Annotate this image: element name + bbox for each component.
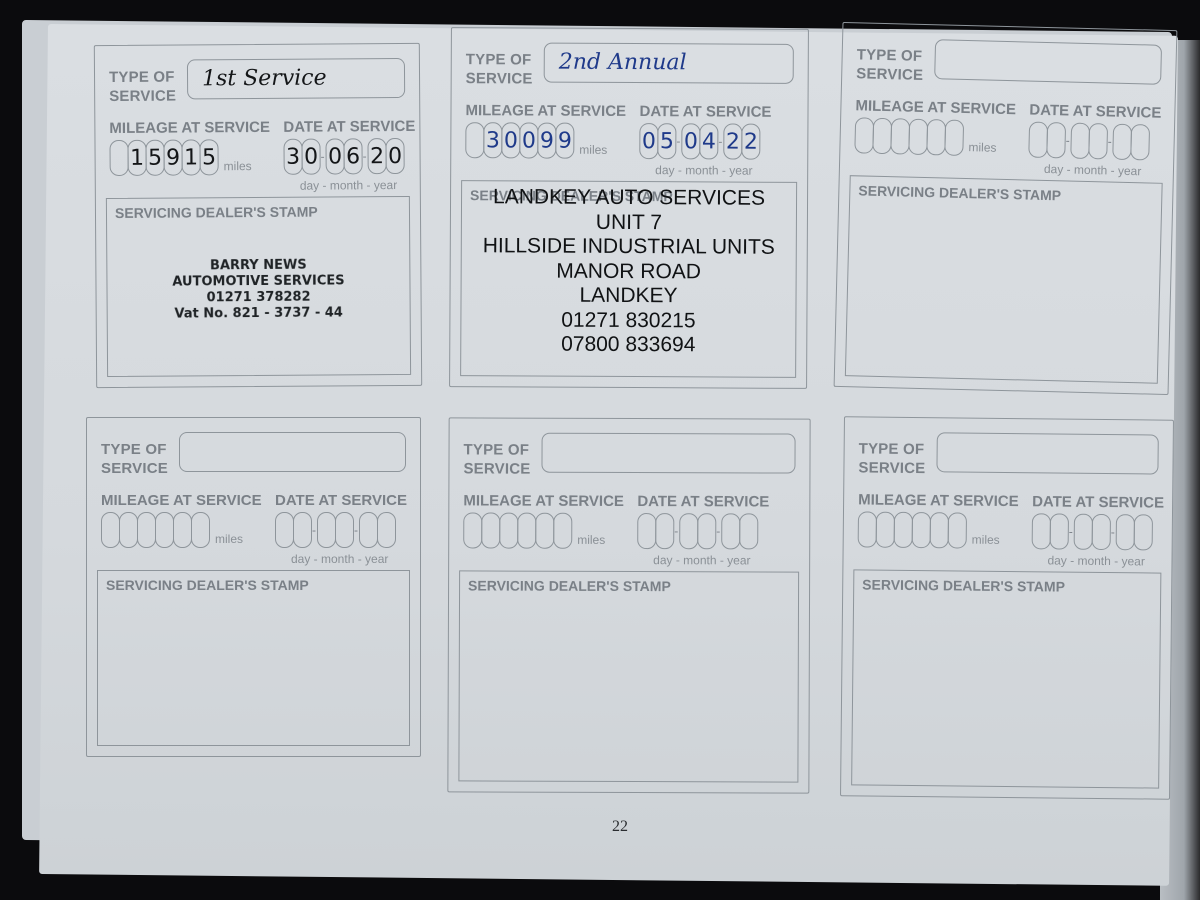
mileage-digit-box[interactable]	[948, 512, 967, 548]
mileage-digit-box[interactable]	[109, 140, 128, 176]
mileage-label: MILEAGE AT SERVICE	[465, 102, 626, 120]
type-of-service-label: TYPE OF SERVICE	[856, 45, 924, 85]
date-digit-box[interactable]	[1130, 124, 1150, 160]
mileage-digit-box[interactable]	[535, 513, 554, 549]
type-of-service-label: TYPE OF SERVICE	[463, 440, 530, 478]
dealer-stamp-label: SERVICING DEALER'S STAMP	[858, 182, 1061, 203]
mileage-digit-box[interactable]	[191, 512, 210, 548]
date-format-hint: day - month - year	[291, 552, 388, 566]
mileage-digit-box[interactable]	[890, 118, 910, 154]
mileage-field[interactable]: miles	[463, 512, 605, 548]
date-digit-box[interactable]	[1074, 514, 1093, 550]
mileage-digit-box[interactable]: 1	[127, 140, 146, 176]
date-label: DATE AT SERVICE	[275, 492, 407, 509]
date-digit-box[interactable]	[1050, 513, 1069, 549]
date-label: DATE AT SERVICE	[283, 118, 415, 136]
mileage-label: MILEAGE AT SERVICE	[858, 491, 1019, 510]
service-record-top-middle: TYPE OF SERVICE2nd AnnualMILEAGE AT SERV…	[449, 27, 809, 389]
mileage-digit-box[interactable]: 0	[501, 122, 520, 158]
date-digit-box[interactable]	[359, 512, 378, 548]
date-field[interactable]: --	[637, 513, 757, 549]
date-digit-box[interactable]	[697, 513, 716, 549]
date-label: DATE AT SERVICE	[1032, 493, 1164, 511]
dealer-stamp-label: SERVICING DEALER'S STAMP	[862, 576, 1065, 594]
date-digit-box[interactable]	[1046, 122, 1066, 158]
type-of-service-label: TYPE OF SERVICE	[858, 439, 925, 478]
mileage-field[interactable]: 15915miles	[109, 139, 251, 176]
date-digit-box[interactable]: 0	[639, 123, 658, 159]
date-digit-box[interactable]: 0	[325, 138, 344, 174]
miles-unit-label: miles	[224, 159, 252, 173]
mileage-digit-box[interactable]: 0	[519, 122, 538, 158]
mileage-field[interactable]: miles	[101, 512, 243, 548]
mileage-digit-box[interactable]	[854, 117, 874, 153]
miles-unit-label: miles	[577, 533, 605, 547]
dealer-stamp-label: SERVICING DEALER'S STAMP	[115, 204, 318, 221]
date-digit-box[interactable]	[1028, 122, 1048, 158]
mileage-digit-box[interactable]	[930, 512, 949, 548]
date-digit-box[interactable]: 6	[343, 138, 362, 174]
mileage-digit-box[interactable]	[908, 119, 928, 155]
date-field[interactable]: 05-04-22	[639, 123, 759, 160]
service-record-top-left: TYPE OF SERVICE1st ServiceMILEAGE AT SER…	[94, 43, 422, 388]
dealer-stamp-area[interactable]: SERVICING DEALER'S STAMP	[845, 175, 1163, 384]
mileage-digit-box[interactable]	[894, 512, 913, 548]
date-digit-box[interactable]	[679, 513, 698, 549]
mileage-digit-box[interactable]: 5	[199, 139, 218, 175]
date-format-hint: day - month - year	[1044, 162, 1142, 178]
date-digit-box[interactable]	[739, 513, 758, 549]
mileage-digit-box[interactable]: 3	[483, 122, 502, 158]
type-of-service-field[interactable]	[934, 39, 1162, 85]
mileage-digit-box[interactable]	[173, 512, 192, 548]
date-digit-box[interactable]	[1112, 124, 1132, 160]
mileage-digit-box[interactable]	[944, 119, 964, 155]
date-digit-box[interactable]	[1116, 514, 1135, 550]
service-record-bottom-left: TYPE OF SERVICEMILEAGE AT SERVICEDATE AT…	[86, 417, 421, 757]
type-of-service-label: TYPE OF SERVICE	[109, 68, 176, 106]
dealer-stamp-area[interactable]: SERVICING DEALER'S STAMP	[458, 570, 799, 782]
date-format-hint: day - month - year	[1047, 553, 1145, 568]
mileage-digit-box[interactable]: 9	[163, 140, 182, 176]
date-label: DATE AT SERVICE	[1029, 102, 1161, 122]
mileage-label: MILEAGE AT SERVICE	[109, 119, 270, 137]
mileage-digit-box[interactable]	[858, 511, 877, 547]
miles-unit-label: miles	[972, 533, 1000, 547]
page-number: 22	[612, 818, 628, 836]
date-digit-box[interactable]	[317, 512, 336, 548]
mileage-digit-box[interactable]	[481, 512, 500, 548]
type-of-service-field[interactable]	[179, 432, 406, 472]
mileage-digit-box[interactable]	[499, 513, 518, 549]
mileage-label: MILEAGE AT SERVICE	[855, 97, 1016, 118]
date-digit-box[interactable]	[377, 512, 396, 548]
type-of-service-value: 2nd Annual	[559, 50, 687, 76]
date-label: DATE AT SERVICE	[637, 493, 769, 510]
mileage-field[interactable]: 30099miles	[465, 122, 607, 159]
type-of-service-field[interactable]: 2nd Annual	[544, 43, 794, 84]
date-label: DATE AT SERVICE	[639, 103, 771, 121]
date-digit-box[interactable]	[1070, 123, 1090, 159]
mileage-digit-box[interactable]	[517, 513, 536, 549]
mileage-digit-box[interactable]	[119, 512, 138, 548]
miles-unit-label: miles	[968, 140, 996, 155]
date-format-hint: day - month - year	[653, 553, 750, 567]
mileage-digit-box[interactable]: 9	[537, 123, 556, 159]
mileage-digit-box[interactable]	[137, 512, 156, 548]
date-digit-box[interactable]	[275, 512, 294, 548]
miles-unit-label: miles	[215, 532, 243, 546]
date-format-hint: day - month - year	[655, 163, 752, 178]
mileage-digit-box[interactable]	[912, 512, 931, 548]
date-field[interactable]: 30-06-20	[283, 138, 403, 175]
mileage-digit-box[interactable]	[465, 122, 484, 158]
type-of-service-value: 1st Service	[202, 66, 327, 92]
date-digit-box[interactable]: 2	[723, 123, 742, 159]
mileage-digit-box[interactable]: 5	[145, 140, 164, 176]
date-digit-box[interactable]: 0	[385, 138, 404, 174]
dealer-stamp-content: LANDKEY AUTO SERVICES UNIT 7 HILLSIDE IN…	[461, 185, 796, 358]
date-digit-box[interactable]: 0	[681, 123, 700, 159]
service-record-top-right: TYPE OF SERVICEMILEAGE AT SERVICEDATE AT…	[834, 22, 1178, 395]
mileage-digit-box[interactable]	[101, 512, 120, 548]
dealer-stamp-content: BARRY NEWS AUTOMOTIVE SERVICES 01271 378…	[107, 257, 409, 323]
dealer-stamp-area[interactable]: SERVICING DEALER'S STAMPLANDKEY AUTO SER…	[460, 180, 797, 378]
date-digit-box[interactable]	[293, 512, 312, 548]
date-field[interactable]: --	[275, 512, 395, 548]
date-digit-box[interactable]: 2	[741, 124, 760, 160]
type-of-service-label: TYPE OF SERVICE	[101, 440, 168, 478]
date-digit-box[interactable]: 3	[283, 139, 302, 175]
mileage-digit-box[interactable]: 9	[555, 123, 574, 159]
type-of-service-label: TYPE OF SERVICE	[466, 50, 533, 88]
date-digit-box[interactable]	[335, 512, 354, 548]
date-format-hint: day - month - year	[300, 178, 397, 193]
date-digit-box[interactable]	[637, 513, 656, 549]
mileage-field[interactable]: miles	[854, 117, 997, 156]
mileage-digit-box[interactable]	[463, 512, 482, 548]
type-of-service-field[interactable]	[936, 432, 1158, 474]
date-digit-box[interactable]: 4	[699, 123, 718, 159]
date-digit-box[interactable]	[1088, 123, 1108, 159]
date-digit-box[interactable]	[721, 513, 740, 549]
dealer-stamp-area[interactable]: SERVICING DEALER'S STAMP	[851, 569, 1161, 788]
date-digit-box[interactable]	[1092, 514, 1111, 550]
mileage-digit-box[interactable]	[553, 513, 572, 549]
dealer-stamp-label: SERVICING DEALER'S STAMP	[468, 577, 671, 594]
date-field[interactable]: --	[1032, 513, 1152, 550]
date-digit-box[interactable]	[1134, 514, 1153, 550]
date-digit-box[interactable]: 0	[301, 139, 320, 175]
service-record-bottom-middle: TYPE OF SERVICEMILEAGE AT SERVICEDATE AT…	[447, 417, 810, 793]
date-field[interactable]: --	[1028, 122, 1149, 161]
mileage-digit-box[interactable]	[155, 512, 174, 548]
date-digit-box[interactable]: 2	[367, 138, 386, 174]
service-record-bottom-right: TYPE OF SERVICEMILEAGE AT SERVICEDATE AT…	[840, 416, 1174, 799]
miles-unit-label: miles	[579, 143, 607, 157]
dealer-stamp-area[interactable]: SERVICING DEALER'S STAMPBARRY NEWS AUTOM…	[106, 196, 411, 377]
mileage-label: MILEAGE AT SERVICE	[463, 492, 624, 510]
date-digit-box[interactable]	[655, 513, 674, 549]
mileage-digit-box[interactable]	[876, 512, 895, 548]
mileage-digit-box[interactable]: 1	[181, 139, 200, 175]
mileage-digit-box[interactable]	[926, 119, 946, 155]
type-of-service-field[interactable]	[541, 433, 795, 474]
dealer-stamp-area[interactable]: SERVICING DEALER'S STAMP	[97, 570, 410, 746]
type-of-service-field[interactable]: 1st Service	[187, 58, 405, 100]
date-digit-box[interactable]: 5	[657, 123, 676, 159]
dealer-stamp-label: SERVICING DEALER'S STAMP	[106, 577, 309, 593]
mileage-label: MILEAGE AT SERVICE	[101, 492, 262, 509]
mileage-field[interactable]: miles	[858, 511, 1000, 548]
mileage-digit-box[interactable]	[872, 118, 892, 154]
date-digit-box[interactable]	[1032, 513, 1051, 549]
